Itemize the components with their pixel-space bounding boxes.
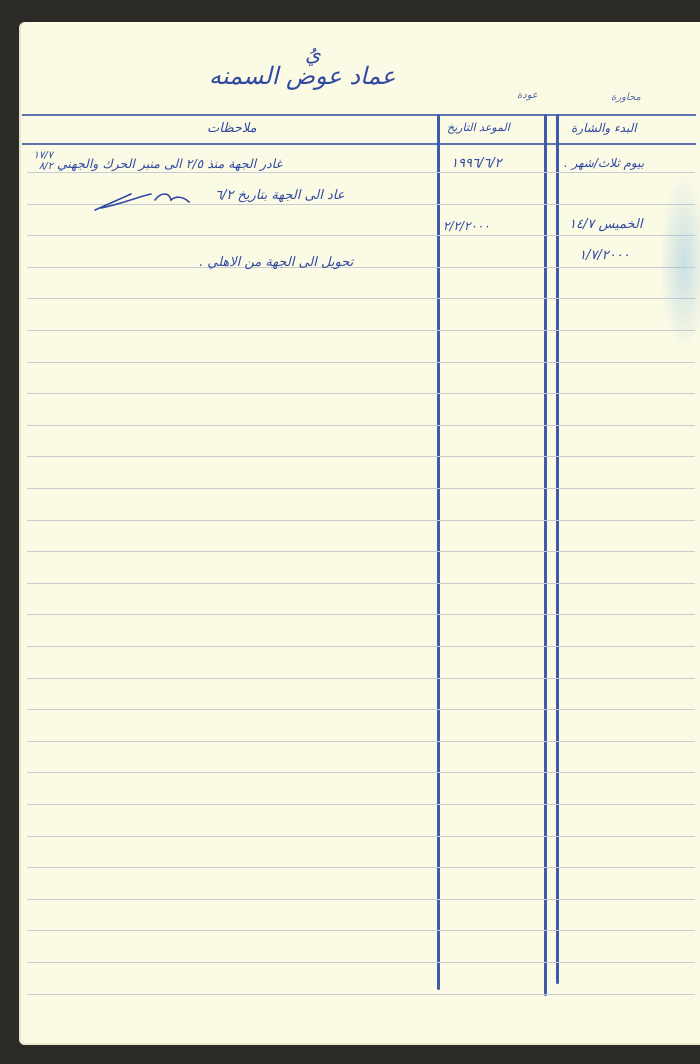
ruled-line xyxy=(27,867,695,868)
row-3-start: الخميس ١٤/٧ xyxy=(569,217,642,232)
ruled-line xyxy=(27,804,695,805)
ruled-line xyxy=(27,330,695,331)
ruled-line xyxy=(27,520,695,521)
column-header-start: البدء والشارة xyxy=(571,121,637,135)
row-1-margin-note: ١٧/٧ ٨/٢ xyxy=(23,150,53,172)
ruled-line xyxy=(27,362,695,363)
ruled-line xyxy=(27,456,695,457)
header-label-return: عودة xyxy=(517,90,538,101)
column-header-date: الموعد التاريخ xyxy=(447,121,510,134)
row-4-notes: تحويل الى الجهة من الاهلي . xyxy=(199,255,353,270)
column-header-notes: ملاحظات xyxy=(207,121,257,136)
ruled-line xyxy=(27,646,695,647)
ruled-line xyxy=(27,172,695,173)
header-rule-bottom xyxy=(22,143,696,145)
ruled-line xyxy=(27,551,695,552)
ruled-line xyxy=(27,614,695,615)
ruled-line xyxy=(27,488,695,489)
column-divider-date xyxy=(544,114,547,996)
ruled-line xyxy=(27,741,695,742)
ruled-line xyxy=(27,235,695,236)
ruled-line xyxy=(27,899,695,900)
ruled-line xyxy=(27,678,695,679)
ruled-line xyxy=(27,772,695,773)
ruled-line xyxy=(27,267,695,268)
column-divider-start xyxy=(556,114,559,984)
ruled-line xyxy=(27,298,695,299)
ink-stain xyxy=(659,172,700,352)
header-rule-top xyxy=(22,114,696,116)
column-divider-notes xyxy=(437,114,440,990)
ruled-line xyxy=(27,425,695,426)
row-1-date: ١٩٩٦/٦/٢ xyxy=(451,156,502,171)
ledger-page: يُ عماد عوض السمنه عودة محاورة ملاحظات ا… xyxy=(19,22,700,1045)
header-label-visit: محاورة xyxy=(611,92,641,103)
row-3-date: ٢/٢/٢٠٠٠ xyxy=(443,219,490,233)
row-1-notes: غادر الجهة منذ ٢/٥ الى منبر الحرك والجهن… xyxy=(57,156,282,171)
ruled-line xyxy=(27,994,695,995)
ruled-line xyxy=(27,583,695,584)
ruled-line xyxy=(27,393,695,394)
ruled-line xyxy=(27,962,695,963)
ruled-line xyxy=(27,836,695,837)
row-4-start: ١/٧/٢٠٠٠ xyxy=(579,248,630,263)
ruled-line xyxy=(27,930,695,931)
header-name: عماد عوض السمنه xyxy=(209,62,396,90)
row-1-start: بيوم ثلاث/شهر . xyxy=(564,156,644,170)
row-2-notes: عاد الى الجهة بتاريخ ٦/٢ xyxy=(215,188,345,203)
signature-icon xyxy=(91,186,201,216)
ruled-line xyxy=(27,709,695,710)
